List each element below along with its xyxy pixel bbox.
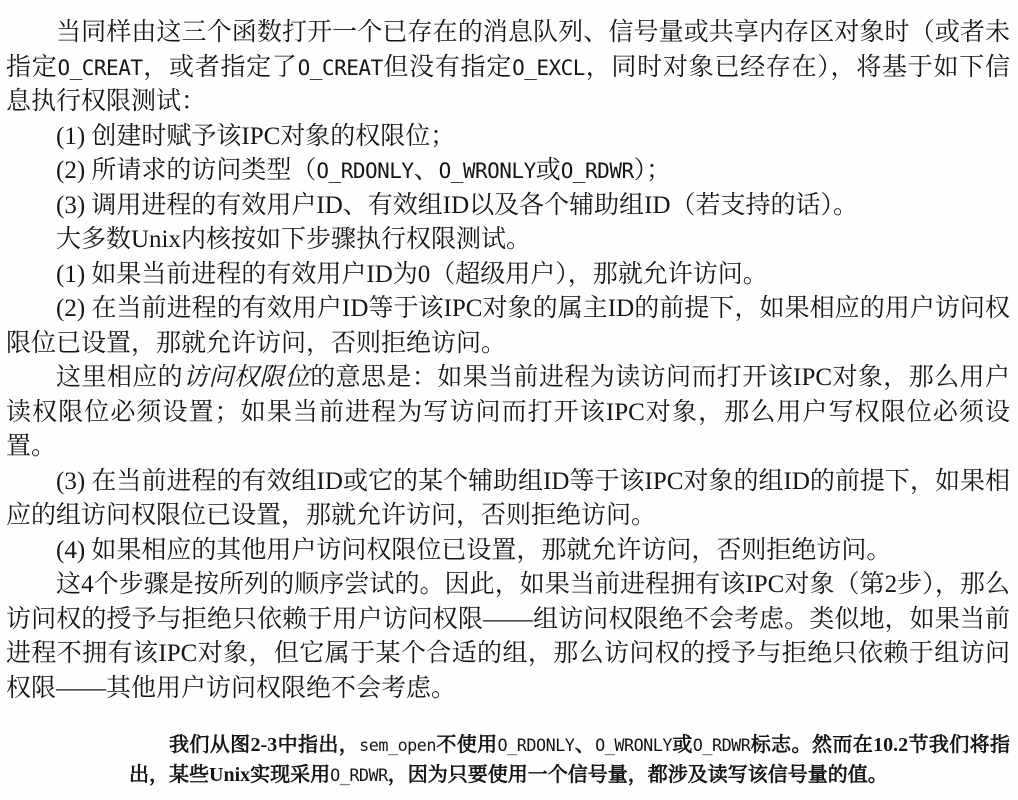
text-run: (1) 创建时赋予该IPC对象的权限位； <box>56 123 455 150</box>
text-run: 这里相应的 <box>56 364 183 391</box>
code-token: O_WRONLY <box>439 159 536 183</box>
paragraph-summary: 这4个步骤是按所列的顺序尝试的。因此，如果当前进程拥有该IPC对象（第2步），那… <box>6 568 1010 706</box>
list-item-step-2: (2) 在当前进程的有效用户ID等于该IPC对象的属主ID的前提下，如果相应的用… <box>6 292 1010 361</box>
text-run: ）； <box>634 157 672 184</box>
code-token: O_RDWR <box>330 765 388 785</box>
code-token: O_RDONLY <box>498 735 575 755</box>
text-run: (2) 所请求的访问类型（ <box>56 157 316 184</box>
code-token: O_EXCL <box>512 56 585 80</box>
list-item-step-4: (4) 如果相应的其他用户访问权限位已设置，那就允许访问，否则拒绝访问。 <box>6 534 1010 569</box>
text-run: 、 <box>574 734 595 756</box>
paragraph-kernel-steps: 大多数Unix内核按如下步骤执行权限测试。 <box>6 223 1010 258</box>
text-run: 不使用 <box>436 734 498 756</box>
text-run: (4) 如果相应的其他用户访问权限位已设置，那就允许访问，否则拒绝访问。 <box>56 537 891 564</box>
paragraph-intro: 当同样由这三个函数打开一个已存在的消息队列、信号量或共享内存区对象时（或者未指定… <box>6 16 1010 120</box>
text-run: ，因为只要使用一个信号量，都涉及读写该信号量的值。 <box>388 764 888 786</box>
code-token: O_CREAT <box>298 56 383 80</box>
book-page: 当同样由这三个函数打开一个已存在的消息队列、信号量或共享内存区对象时（或者未指定… <box>0 0 1018 800</box>
text-run: (3) 在当前进程的有效组ID或它的某个辅助组ID等于该IPC对象的组ID的前提… <box>6 468 1010 530</box>
text-run: 、 <box>414 157 439 184</box>
text-run: (1) 如果当前进程的有效用户ID为0（超级用户），那就允许访问。 <box>56 261 768 288</box>
code-token: O_RDONLY <box>316 159 413 183</box>
list-item-step-1: (1) 如果当前进程的有效用户ID为0（超级用户），那就允许访问。 <box>6 258 1010 293</box>
text-run: 或 <box>536 157 561 184</box>
text-run: (2) 在当前进程的有效用户ID等于该IPC对象的属主ID的前提下，如果相应的用… <box>6 295 1010 357</box>
list-item-step-3: (3) 在当前进程的有效组ID或它的某个辅助组ID等于该IPC对象的组ID的前提… <box>6 465 1010 534</box>
code-token: O_CREAT <box>57 56 142 80</box>
code-token: O_RDWR <box>561 159 634 183</box>
code-token: O_WRONLY <box>595 735 672 755</box>
paragraph-explanation: 这里相应的访问权限位的意思是：如果当前进程为读访问而打开该IPC对象，那么用户读… <box>6 361 1010 465</box>
list-item-info-2: (2) 所请求的访问类型（O_RDONLY、O_WRONLY或O_RDWR）； <box>6 154 1010 189</box>
emphasis-text: 访问权限位 <box>183 364 310 391</box>
text-run: 大多数Unix内核按如下步骤执行权限测试。 <box>56 226 531 253</box>
text-run: 这4个步骤是按所列的顺序尝试的。因此，如果当前进程拥有该IPC对象（第2步），那… <box>6 571 1010 702</box>
text-run: 但没有指定 <box>383 54 512 81</box>
list-item-info-3: (3) 调用进程的有效用户ID、有效组ID以及各个辅助组ID（若支持的话）。 <box>6 189 1010 224</box>
text-run: ，或者指定了 <box>143 54 298 81</box>
text-run: (3) 调用进程的有效用户ID、有效组ID以及各个辅助组ID（若支持的话）。 <box>56 192 858 219</box>
list-item-info-1: (1) 创建时赋予该IPC对象的权限位； <box>6 120 1010 155</box>
text-run: 我们从图2-3中指出， <box>169 734 359 756</box>
text-run: 或 <box>672 734 693 756</box>
code-token: sem_open <box>359 735 436 755</box>
note-paragraph: 我们从图2-3中指出，sem_open不使用O_RDONLY、O_WRONLY或… <box>129 730 1010 790</box>
code-token: O_RDWR <box>693 735 751 755</box>
